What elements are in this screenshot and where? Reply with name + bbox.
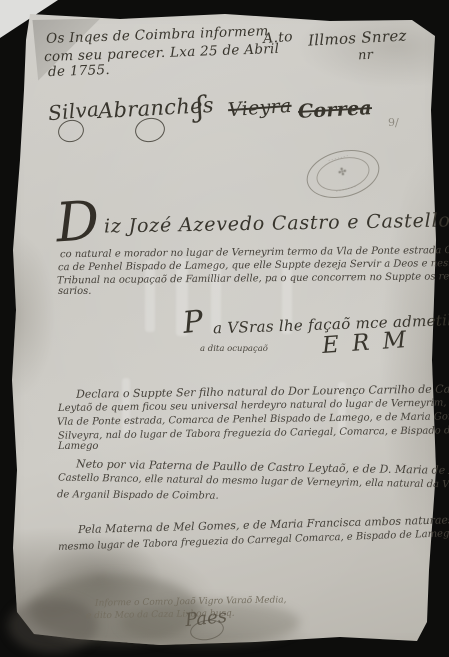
petition-initial: P bbox=[181, 304, 205, 341]
par3-line-3: de Arganil Bispado de Coimbra. bbox=[57, 489, 219, 501]
signature-correa: Correa bbox=[297, 97, 372, 123]
water-stain bbox=[8, 598, 98, 653]
manuscript-scan: Os Inqes de Coimbra informem com seu par… bbox=[0, 0, 449, 657]
petition-subline: a dita ocupaçaõ bbox=[200, 344, 268, 354]
marginal-mark: A.to bbox=[262, 29, 293, 47]
address-line-2: nr bbox=[358, 48, 374, 64]
par2-line-5: Lamego bbox=[58, 441, 98, 452]
pencil-mark: 9/ bbox=[388, 116, 399, 129]
par1-line-5: sarios. bbox=[58, 286, 91, 297]
signature-vieyra: Vieyra bbox=[227, 95, 292, 121]
despacho-line-3: de 1755. bbox=[48, 62, 111, 80]
par1-initial: D bbox=[55, 201, 101, 244]
